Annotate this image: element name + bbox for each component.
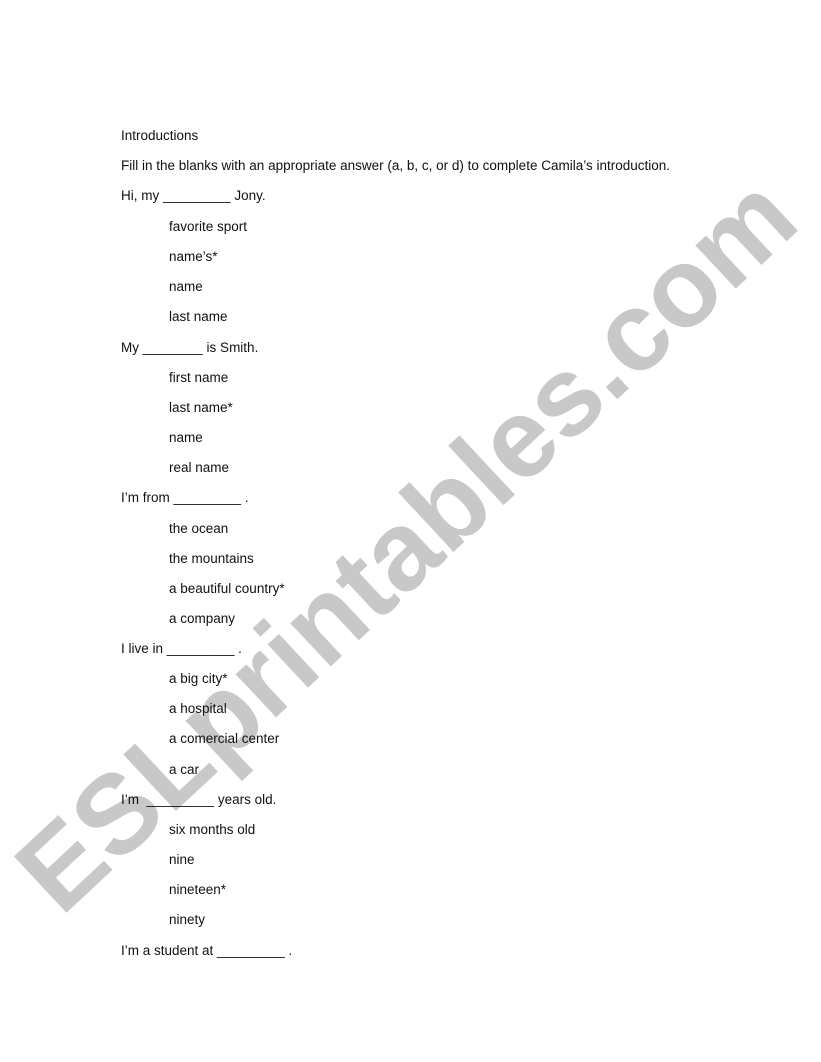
worksheet-page: ESLprintables.com Introductions Fill in … (0, 0, 821, 1062)
instructions: Fill in the blanks with an appropriate a… (121, 158, 670, 174)
question-5-option-d: ninety (169, 912, 205, 928)
question-5-option-b: nine (169, 852, 195, 868)
question-4-prompt: I live in _________ . (121, 641, 242, 657)
question-4-option-a: a big city* (169, 671, 228, 687)
question-5-option-c: nineteen* (169, 882, 226, 898)
question-1-option-d: last name (169, 309, 228, 325)
question-2-option-b: last name* (169, 400, 233, 416)
question-4-option-c: a comercial center (169, 731, 279, 747)
question-2-prompt: My ________ is Smith. (121, 340, 258, 356)
question-6-prompt: I’m a student at _________ . (121, 943, 292, 959)
question-2-option-d: real name (169, 460, 229, 476)
watermark-text: ESLprintables.com (0, 152, 819, 935)
question-1-option-c: name (169, 279, 203, 295)
worksheet-title: Introductions (121, 128, 198, 144)
question-3-prompt: I’m from _________ . (121, 490, 249, 506)
question-3-option-a: the ocean (169, 521, 228, 537)
question-2-option-c: name (169, 430, 203, 446)
question-5-option-a: six months old (169, 822, 255, 838)
question-4-option-b: a hospital (169, 701, 227, 717)
question-5-prompt: I’m _________ years old. (121, 792, 276, 808)
question-4-option-d: a car (169, 762, 199, 778)
question-1-option-b: name’s* (169, 249, 218, 265)
question-2-option-a: first name (169, 370, 228, 386)
question-3-option-c: a beautiful country* (169, 581, 285, 597)
question-3-option-d: a company (169, 611, 235, 627)
question-1-option-a: favorite sport (169, 219, 247, 235)
question-3-option-b: the mountains (169, 551, 254, 567)
question-1-prompt: Hi, my _________ Jony. (121, 188, 266, 204)
